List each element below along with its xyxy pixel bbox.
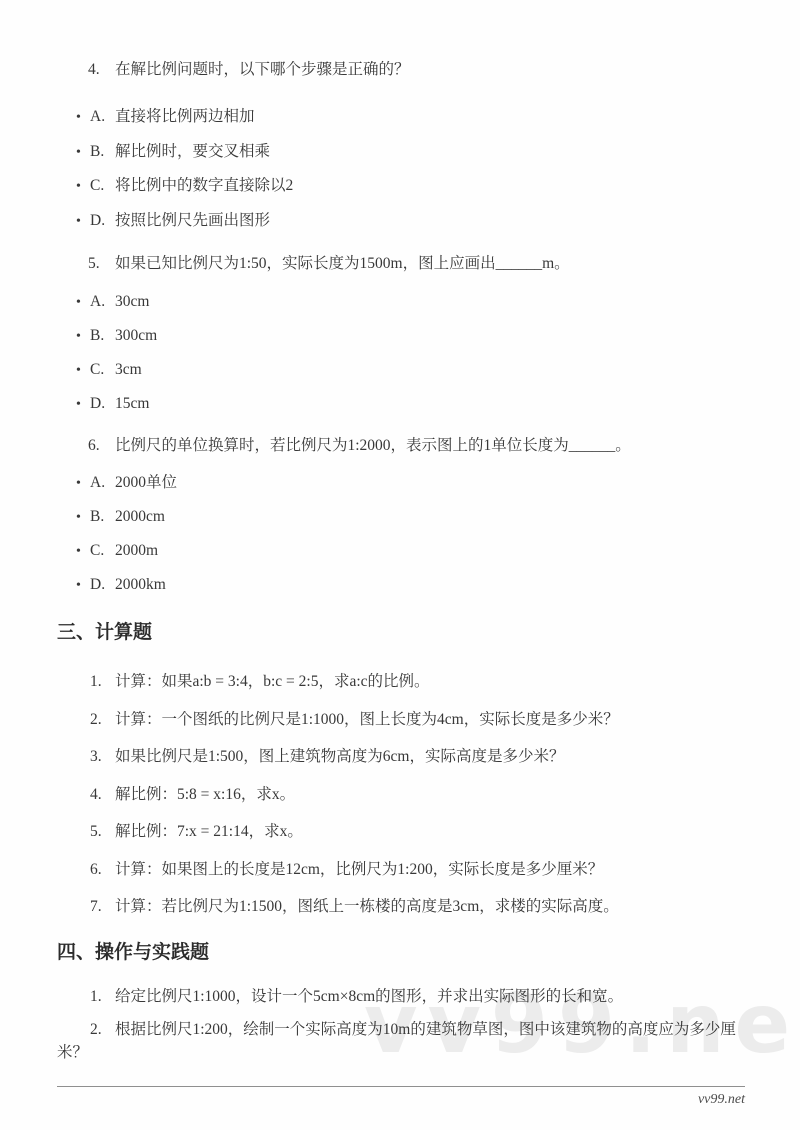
item-number: 3. <box>90 742 115 772</box>
option-row-d: • D. 2000km <box>57 570 745 601</box>
item-text: 根据比例尺1:200，绘制一个实际高度为10m的建筑物草图，图中该建筑物的高度应… <box>57 1021 736 1061</box>
option-row-c: • C. 2000m <box>57 536 745 567</box>
option-text: 2000km <box>115 570 166 600</box>
item-number: 2. <box>90 705 115 735</box>
question-stem: 5.如果已知比例尺为1:50，实际长度为1500m，图上应画出______m。 <box>57 249 745 279</box>
option-text: 15cm <box>115 389 149 419</box>
option-row-d: • D. 按照比例尺先画出图形 <box>57 206 745 237</box>
option-row-c: • C. 3cm <box>57 355 745 386</box>
option-row-a: • A. 30cm <box>57 287 745 318</box>
item-number: 2. <box>90 1018 115 1041</box>
worksheet-page: vv99.net 4.在解比例问题时，以下哪个步骤是正确的？ • A. 直接将比… <box>0 0 800 1130</box>
option-text: 2000单位 <box>115 468 177 498</box>
item-number: 4. <box>90 780 115 810</box>
item-text: 计算：如果a:b = 3:4，b:c = 2:5，求a:c的比例。 <box>115 673 430 690</box>
option-row-d: • D. 15cm <box>57 389 745 420</box>
option-label: C. <box>90 355 115 385</box>
worksheet-content: 4.在解比例问题时，以下哪个步骤是正确的？ • A. 直接将比例两边相加 • B… <box>57 0 745 1109</box>
question-number: 4. <box>88 55 115 85</box>
option-text: 直接将比例两边相加 <box>115 102 255 132</box>
option-text: 2000m <box>115 536 158 566</box>
option-label: A. <box>90 102 115 132</box>
exercise-item: 2.根据比例尺1:200，绘制一个实际高度为10m的建筑物草图，图中该建筑物的高… <box>57 1018 745 1064</box>
option-row-b: • B. 2000cm <box>57 502 745 533</box>
option-row-b: • B. 300cm <box>57 321 745 352</box>
option-label: A. <box>90 287 115 317</box>
exercise-item: 4.解比例：5:8 = x:16，求x。 <box>57 780 745 810</box>
question-stem: 4.在解比例问题时，以下哪个步骤是正确的？ <box>57 55 745 85</box>
question-number: 6. <box>88 431 115 461</box>
section-title: 四、操作与实践题 <box>57 939 745 967</box>
bullet-icon: • <box>76 390 90 420</box>
bullet-icon: • <box>76 571 90 601</box>
option-row-c: • C. 将比例中的数字直接除以2 <box>57 171 745 202</box>
option-text: 2000cm <box>115 502 165 532</box>
question-block-5: 5.如果已知比例尺为1:50，实际长度为1500m，图上应画出______m。 … <box>57 249 745 420</box>
section-title: 三、计算题 <box>57 619 745 647</box>
item-number: 1. <box>90 982 115 1012</box>
option-row-a: • A. 直接将比例两边相加 <box>57 102 745 133</box>
option-label: B. <box>90 321 115 351</box>
question-stem: 6.比例尺的单位换算时，若比例尺为1:2000，表示图上的1单位长度为_____… <box>57 431 745 461</box>
question-block-4: 4.在解比例问题时，以下哪个步骤是正确的？ • A. 直接将比例两边相加 • B… <box>57 55 745 237</box>
item-text: 给定比例尺1:1000，设计一个5cm×8cm的图形，并求出实际图形的长和宽。 <box>115 988 623 1005</box>
bullet-icon: • <box>76 103 90 133</box>
section-practice: 四、操作与实践题 1.给定比例尺1:1000，设计一个5cm×8cm的图形，并求… <box>57 939 745 1064</box>
bullet-icon: • <box>76 138 90 168</box>
exercise-item: 3.如果比例尺是1:500，图上建筑物高度为6cm，实际高度是多少米？ <box>57 742 745 772</box>
option-text: 300cm <box>115 321 157 351</box>
item-text: 如果比例尺是1:500，图上建筑物高度为6cm，实际高度是多少米？ <box>115 748 565 765</box>
option-label: A. <box>90 468 115 498</box>
option-label: C. <box>90 536 115 566</box>
question-block-6: 6.比例尺的单位换算时，若比例尺为1:2000，表示图上的1单位长度为_____… <box>57 431 745 602</box>
item-number: 7. <box>90 892 115 922</box>
item-number: 5. <box>90 817 115 847</box>
exercise-item: 5.解比例：7:x = 21:14，求x。 <box>57 817 745 847</box>
option-text: 将比例中的数字直接除以2 <box>115 171 293 201</box>
question-stem-text: 如果已知比例尺为1:50，实际长度为1500m，图上应画出______m。 <box>115 255 570 272</box>
option-text: 3cm <box>115 355 142 385</box>
item-number: 1. <box>90 667 115 697</box>
item-text: 计算：如果图上的长度是12cm，比例尺为1:200，实际长度是多少厘米？ <box>115 861 603 878</box>
bullet-icon: • <box>76 172 90 202</box>
option-text: 解比例时，要交叉相乘 <box>115 137 270 167</box>
bullet-icon: • <box>76 207 90 237</box>
question-stem-text: 在解比例问题时，以下哪个步骤是正确的？ <box>115 61 410 78</box>
footer-divider <box>57 1086 745 1087</box>
section-calculation: 三、计算题 1.计算：如果a:b = 3:4，b:c = 2:5，求a:c的比例… <box>57 619 745 922</box>
option-text: 按照比例尺先画出图形 <box>115 206 270 236</box>
option-label: C. <box>90 171 115 201</box>
item-text: 解比例：7:x = 21:14，求x。 <box>115 823 303 840</box>
option-label: B. <box>90 502 115 532</box>
bullet-icon: • <box>76 322 90 352</box>
exercise-item: 1.给定比例尺1:1000，设计一个5cm×8cm的图形，并求出实际图形的长和宽… <box>57 982 745 1012</box>
bullet-icon: • <box>76 503 90 533</box>
bullet-icon: • <box>76 537 90 567</box>
question-number: 5. <box>88 249 115 279</box>
option-text: 30cm <box>115 287 149 317</box>
exercise-item: 7.计算：若比例尺为1:1500，图纸上一栋楼的高度是3cm，求楼的实际高度。 <box>57 892 745 922</box>
exercise-item: 1.计算：如果a:b = 3:4，b:c = 2:5，求a:c的比例。 <box>57 667 745 697</box>
bullet-icon: • <box>76 356 90 386</box>
exercise-item: 2.计算：一个图纸的比例尺是1:1000，图上长度为4cm，实际长度是多少米？ <box>57 705 745 735</box>
item-text: 计算：一个图纸的比例尺是1:1000，图上长度为4cm，实际长度是多少米？ <box>115 711 619 728</box>
option-label: D. <box>90 570 115 600</box>
item-number: 6. <box>90 855 115 885</box>
option-label: D. <box>90 389 115 419</box>
bullet-icon: • <box>76 288 90 318</box>
option-row-a: • A. 2000单位 <box>57 468 745 499</box>
question-stem-text: 比例尺的单位换算时，若比例尺为1:2000，表示图上的1单位长度为______。 <box>115 437 631 454</box>
exercise-item: 6.计算：如果图上的长度是12cm，比例尺为1:200，实际长度是多少厘米？ <box>57 855 745 885</box>
bullet-icon: • <box>76 469 90 499</box>
option-label: B. <box>90 137 115 167</box>
footer-site-label: vv99.net <box>57 1091 745 1109</box>
item-text: 计算：若比例尺为1:1500，图纸上一栋楼的高度是3cm，求楼的实际高度。 <box>115 898 619 915</box>
option-row-b: • B. 解比例时，要交叉相乘 <box>57 137 745 168</box>
option-label: D. <box>90 206 115 236</box>
item-text: 解比例：5:8 = x:16，求x。 <box>115 786 295 803</box>
